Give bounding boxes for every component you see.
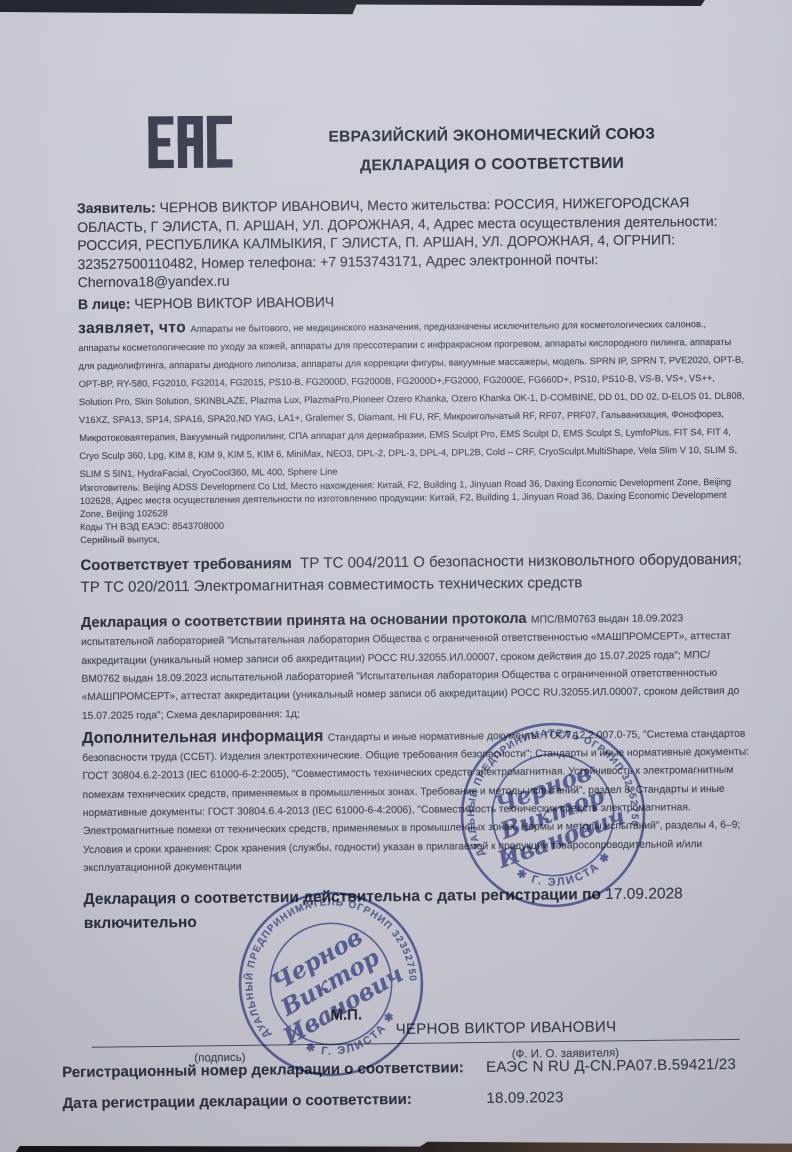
registration-date-value: 18.09.2023 xyxy=(486,1089,563,1107)
declaration-scan: ЕВРАЗИЙСКИЙ ЭКОНОМИЧЕСКИЙ СОЮЗ ДЕКЛАРАЦИ… xyxy=(0,0,792,1152)
registration-number-value: ЕАЭС N RU Д-CN.РА07.В.59421/23 xyxy=(486,1056,736,1076)
registration-date-label: Дата регистрации декларации о соответств… xyxy=(62,1091,411,1112)
round-stamp-upper: ИНДИВИДУАЛЬНЫЙ ПРЕДПРИНИМАТЕЛЬ ОГРНИП 32… xyxy=(438,700,668,930)
